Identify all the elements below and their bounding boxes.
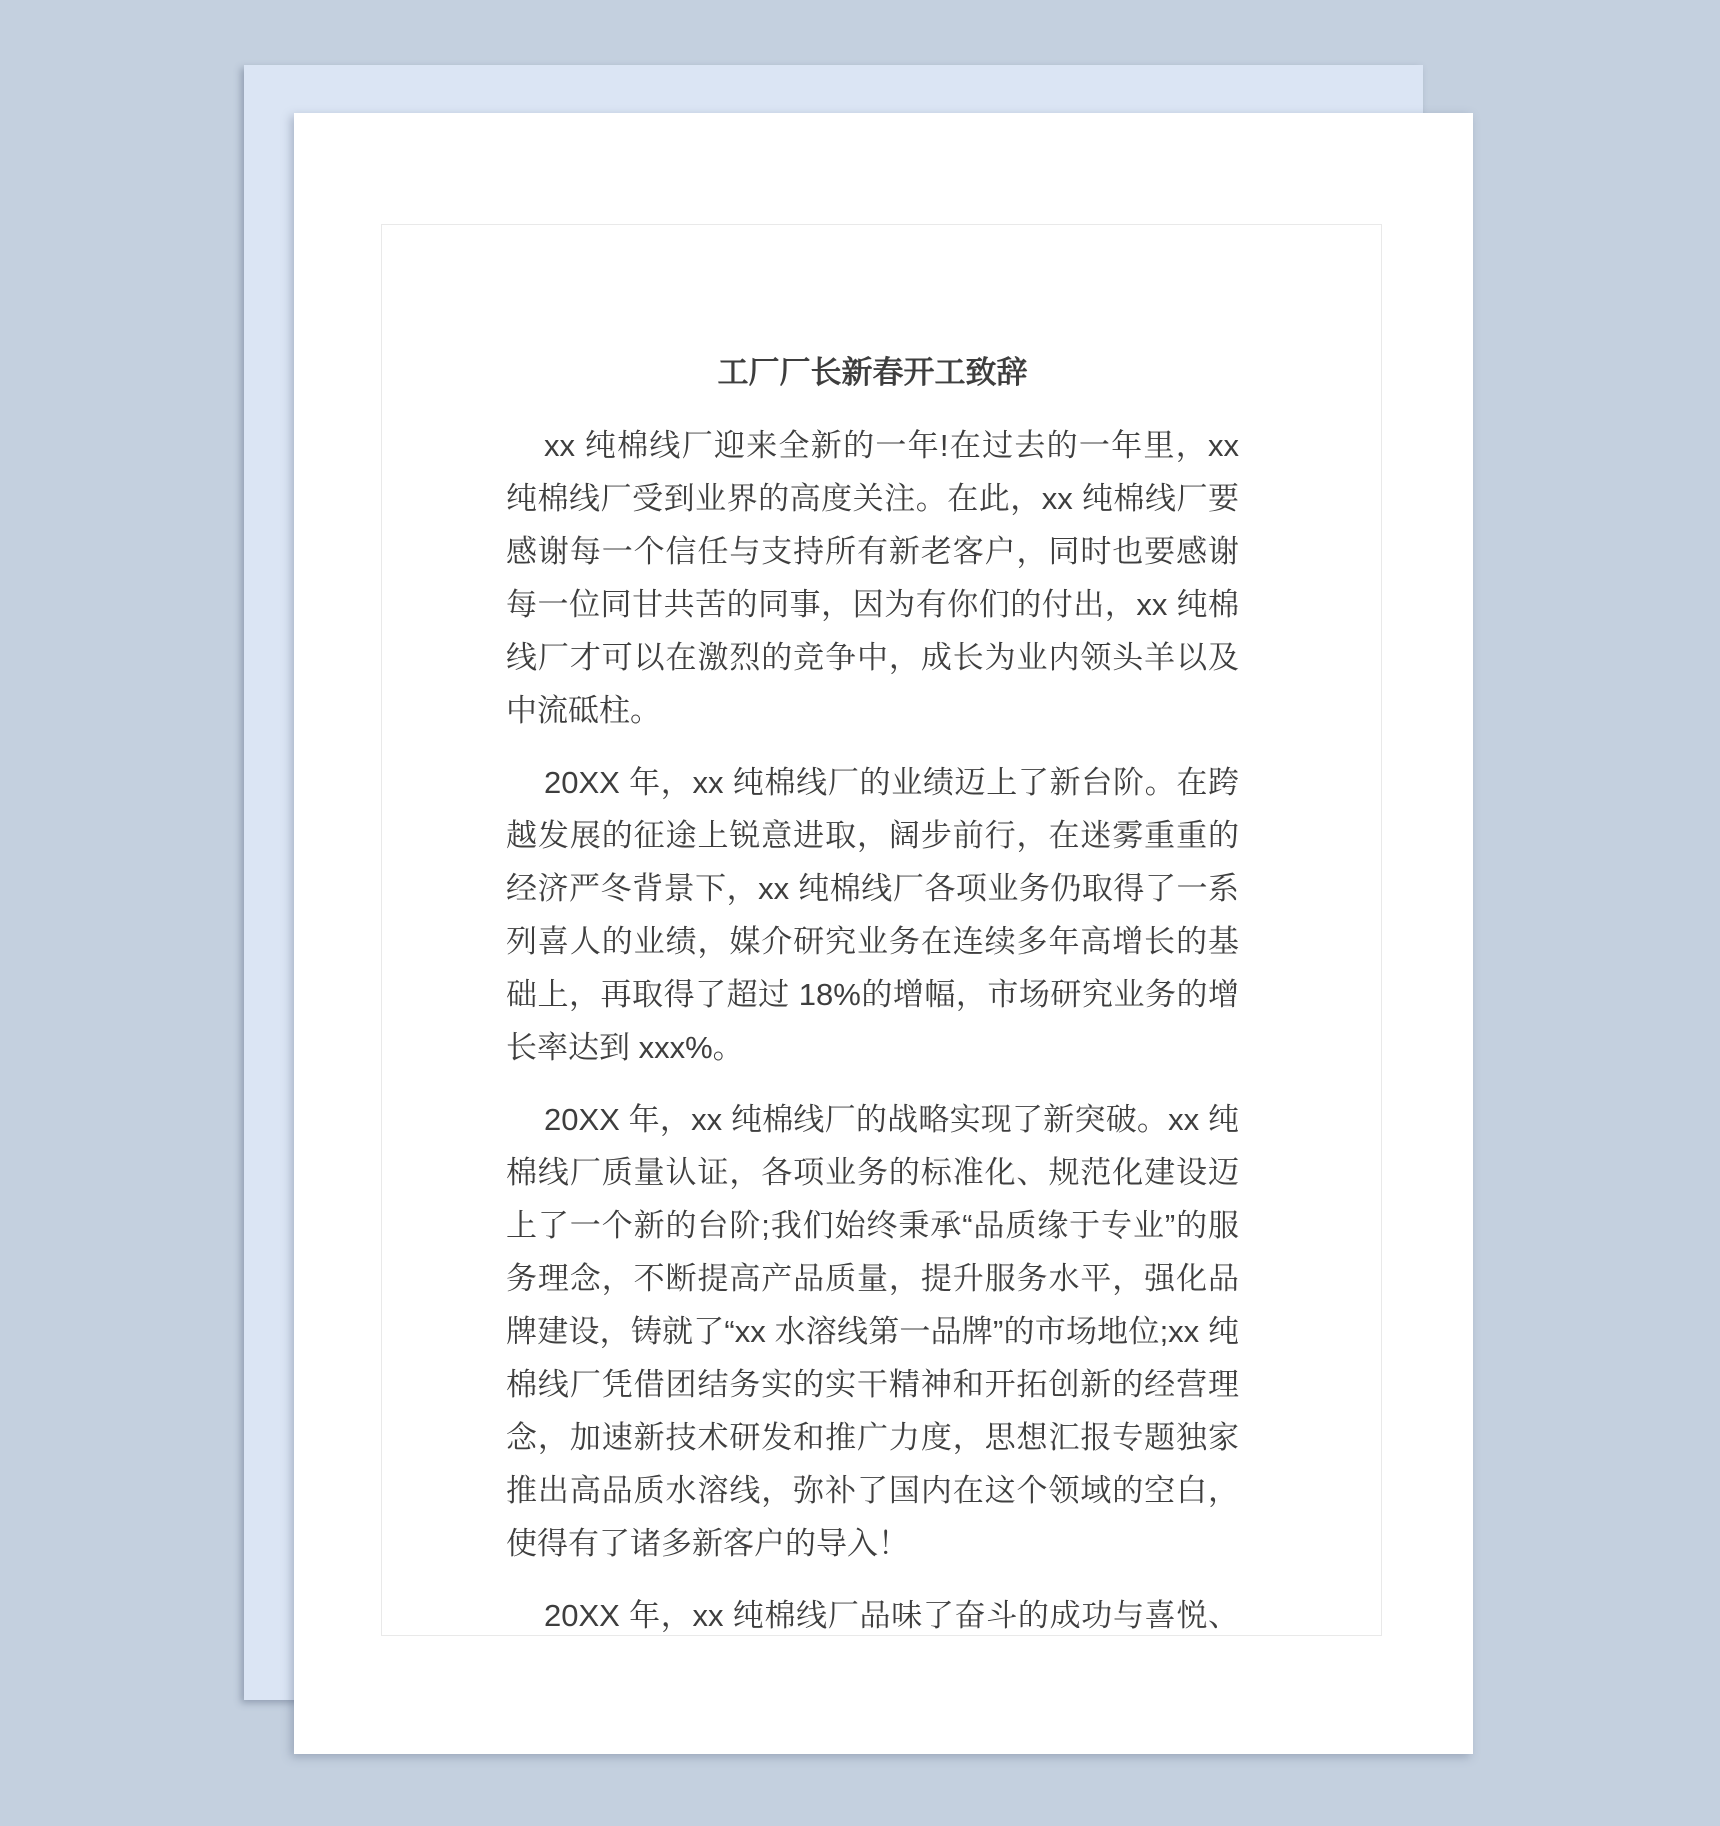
document-title: 工厂厂长新春开工致辞: [506, 346, 1239, 399]
document-paragraph-1: xx 纯棉线厂迎来全新的一年!在过去的一年里，xx 纯棉线厂受到业界的高度关注。…: [506, 419, 1239, 737]
document-paragraph-4: 20XX 年，xx 纯棉线厂品味了奋斗的成功与喜悦、感动与力量!我们骄傲，成为书…: [506, 1589, 1239, 1636]
document-paragraph-2: 20XX 年，xx 纯棉线厂的业绩迈上了新台阶。在跨越发展的征途上锐意进取，阔步…: [506, 756, 1239, 1074]
canvas: 工厂厂长新春开工致辞 xx 纯棉线厂迎来全新的一年!在过去的一年里，xx 纯棉线…: [0, 0, 1720, 1826]
text-frame-border: 工厂厂长新春开工致辞 xx 纯棉线厂迎来全新的一年!在过去的一年里，xx 纯棉线…: [381, 224, 1382, 1636]
document-paragraph-3: 20XX 年，xx 纯棉线厂的战略实现了新突破。xx 纯棉线厂质量认证，各项业务…: [506, 1093, 1239, 1570]
document-page: 工厂厂长新春开工致辞 xx 纯棉线厂迎来全新的一年!在过去的一年里，xx 纯棉线…: [294, 113, 1473, 1754]
